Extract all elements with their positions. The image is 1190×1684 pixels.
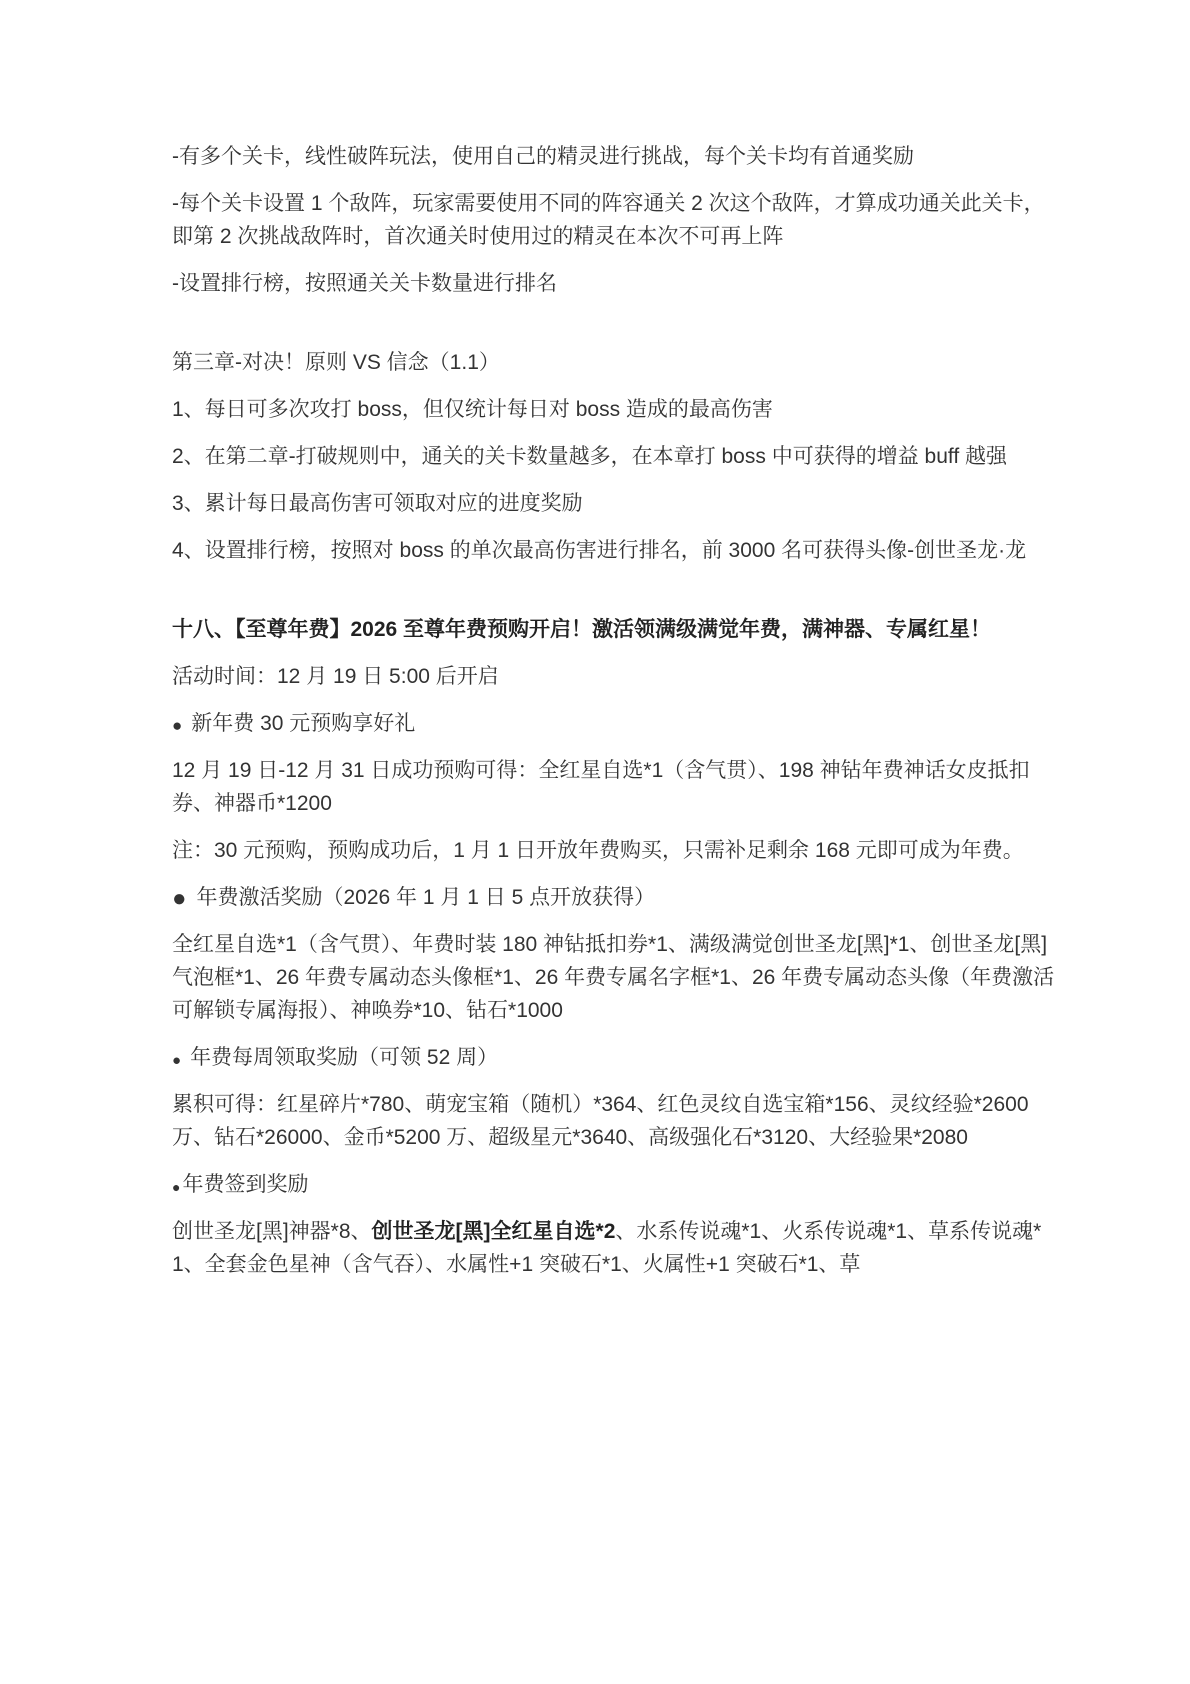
activation-bullet-line: ●年费激活奖励（2026 年 1 月 1 日 5 点开放获得）	[172, 881, 1060, 914]
weekly-bullet-label: 年费每周领取奖励（可领 52 周）	[190, 1046, 498, 1069]
signin-bullet-label: 年费签到奖励	[182, 1173, 308, 1196]
section18-heading: 十八、【至尊年费】2026 至尊年费预购开启！激活领满级满觉年费，满神器、专属红…	[172, 613, 1060, 646]
rule-intro-line: -设置排行榜，按照通关关卡数量进行排名	[172, 267, 1060, 300]
rule-intro-line: -有多个关卡，线性破阵玩法，使用自己的精灵进行挑战，每个关卡均有首通奖励	[172, 140, 1060, 173]
activation-bullet-label: 年费激活奖励（2026 年 1 月 1 日 5 点开放获得）	[197, 886, 656, 909]
chapter3-title: 第三章-对决！原则 VS 信念（1.1）	[172, 346, 1060, 379]
bullet-icon: ●	[172, 1180, 180, 1194]
bullet-icon: ●	[172, 1053, 181, 1068]
chapter3-rule: 1、每日可多次攻打 boss，但仅统计每日对 boss 造成的最高伤害	[172, 393, 1060, 426]
document-page: -有多个关卡，线性破阵玩法，使用自己的精灵进行挑战，每个关卡均有首通奖励 -每个…	[0, 0, 1190, 1684]
presale-bullet-label: 新年费 30 元预购享好礼	[191, 712, 415, 735]
presale-bullet-line: ●新年费 30 元预购享好礼	[172, 707, 1060, 740]
bullet-icon: ●	[172, 717, 182, 734]
chapter3-rule: 2、在第二章-打破规则中，通关的关卡数量越多，在本章打 boss 中可获得的增益…	[172, 440, 1060, 473]
signin-rewards: 创世圣龙[黑]神器*8、创世圣龙[黑]全红星自选*2、水系传说魂*1、火系传说魂…	[172, 1215, 1060, 1281]
signin-rewards-run: 创世圣龙[黑]神器*8、	[172, 1220, 372, 1243]
signin-bullet-line: ●年费签到奖励	[172, 1168, 1060, 1201]
signin-rewards-run-bold: 创世圣龙[黑]全红星自选*2	[372, 1220, 616, 1243]
event-time: 活动时间：12 月 19 日 5:00 后开启	[172, 660, 1060, 693]
chapter3-rule: 3、累计每日最高伤害可领取对应的进度奖励	[172, 487, 1060, 520]
weekly-bullet-line: ●年费每周领取奖励（可领 52 周）	[172, 1041, 1060, 1074]
rule-intro-line: -每个关卡设置 1 个敌阵，玩家需要使用不同的阵容通关 2 次这个敌阵，才算成功…	[172, 187, 1060, 253]
presale-note: 注：30 元预购，预购成功后，1 月 1 日开放年费购买，只需补足剩余 168 …	[172, 834, 1060, 867]
activation-rewards: 全红星自选*1（含气贯）、年费时装 180 神钻抵扣券*1、满级满觉创世圣龙[黑…	[172, 928, 1060, 1027]
bullet-icon: ●	[172, 887, 187, 911]
presale-reward: 12 月 19 日-12 月 31 日成功预购可得：全红星自选*1（含气贯）、1…	[172, 754, 1060, 820]
chapter3-rule: 4、设置排行榜，按照对 boss 的单次最高伤害进行排名，前 3000 名可获得…	[172, 534, 1060, 567]
weekly-rewards: 累积可得：红星碎片*780、萌宠宝箱（随机）*364、红色灵纹自选宝箱*156、…	[172, 1088, 1060, 1154]
